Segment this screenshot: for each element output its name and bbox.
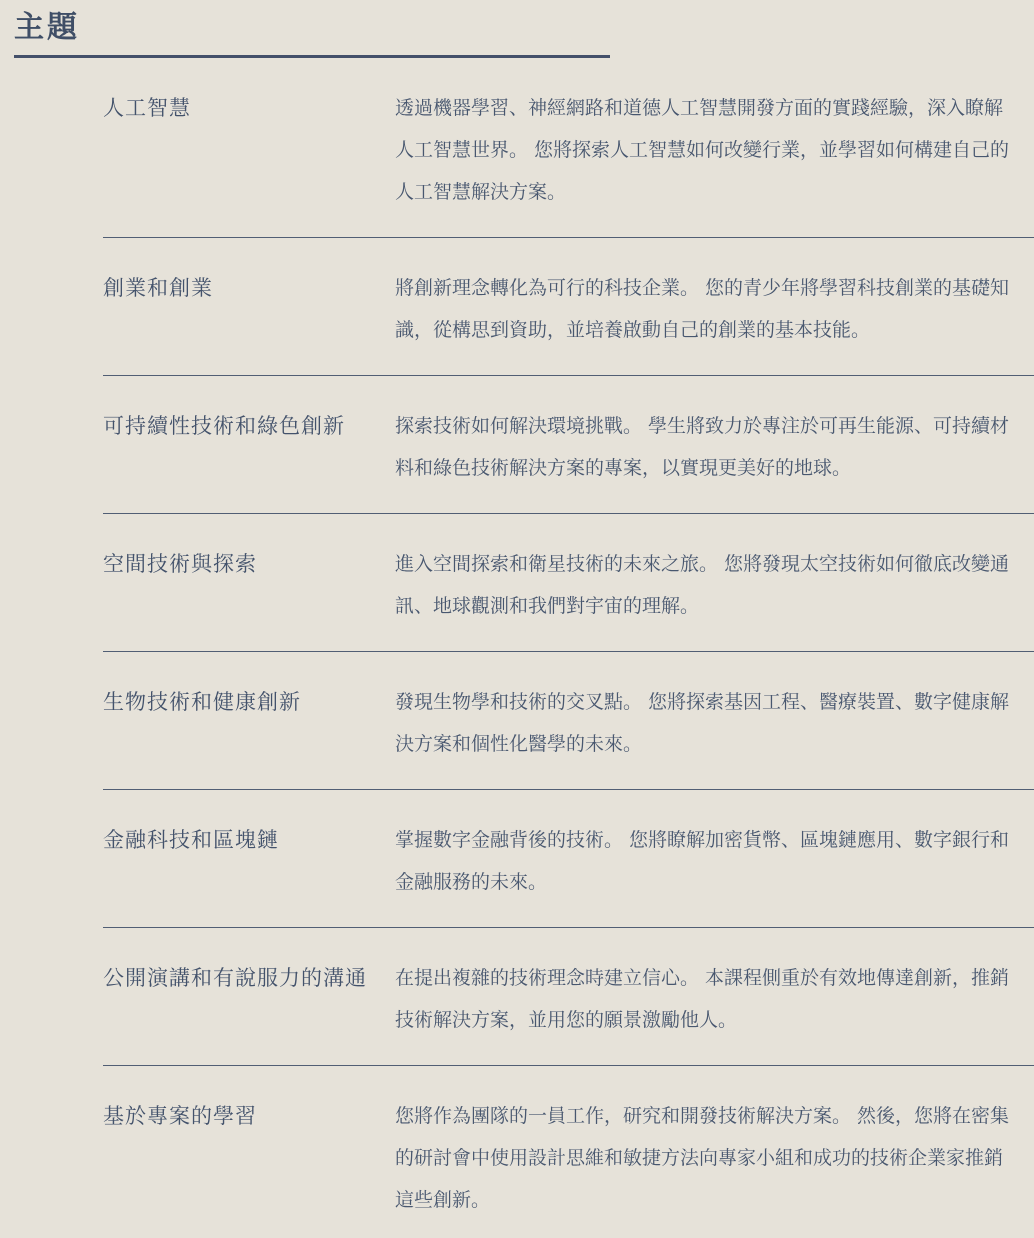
topic-row: 生物技術和健康創新 發現生物學和技術的交叉點。 您將探索基因工程、醫療裝置、數字… [103,652,1034,790]
topic-title: 可持續性技術和綠色創新 [103,405,395,489]
topic-description: 發現生物學和技術的交叉點。 您將探索基因工程、醫療裝置、數字健康解決方案和個性化… [395,681,1013,765]
topic-title: 人工智慧 [103,87,395,213]
topic-row: 金融科技和區塊鏈 掌握數字金融背後的技術。 您將瞭解加密貨幣、區塊鏈應用、數字銀… [103,790,1034,928]
topic-description: 進入空間探索和衛星技術的未來之旅。 您將發現太空技術如何徹底改變通訊、地球觀測和… [395,543,1013,627]
topic-row: 可持續性技術和綠色創新 探索技術如何解決環境挑戰。 學生將致力於專注於可再生能源… [103,376,1034,514]
topic-description: 在提出複雜的技術理念時建立信心。 本課程側重於有效地傳達創新，推銷技術解決方案，… [395,957,1013,1041]
topic-description: 將創新理念轉化為可行的科技企業。 您的青少年將學習科技創業的基礎知識，從構思到資… [395,267,1013,351]
topic-row: 創業和創業 將創新理念轉化為可行的科技企業。 您的青少年將學習科技創業的基礎知識… [103,238,1034,376]
topic-title: 金融科技和區塊鏈 [103,819,395,903]
topic-title: 創業和創業 [103,267,395,351]
topic-description: 掌握數字金融背後的技術。 您將瞭解加密貨幣、區塊鏈應用、數字銀行和金融服務的未來… [395,819,1013,903]
topic-description: 探索技術如何解決環境挑戰。 學生將致力於專注於可再生能源、可持續材料和綠色技術解… [395,405,1013,489]
topic-description: 透過機器學習、神經網路和道德人工智慧開發方面的實踐經驗，深入瞭解人工智慧世界。 … [395,87,1013,213]
topics-page: 主題 人工智慧 透過機器學習、神經網路和道德人工智慧開發方面的實踐經驗，深入瞭解… [0,0,1034,1238]
page-title: 主題 [0,0,1034,49]
topic-row: 空間技術與探索 進入空間探索和衛星技術的未來之旅。 您將發現太空技術如何徹底改變… [103,514,1034,652]
topic-row: 基於專案的學習 您將作為團隊的一員工作，研究和開發技術解決方案。 然後，您將在密… [103,1066,1034,1238]
topic-title: 基於專案的學習 [103,1095,395,1221]
topic-title: 生物技術和健康創新 [103,681,395,765]
topics-list: 人工智慧 透過機器學習、神經網路和道德人工智慧開發方面的實踐經驗，深入瞭解人工智… [103,58,1034,1238]
topic-row: 公開演講和有說服力的溝通 在提出複雜的技術理念時建立信心。 本課程側重於有效地傳… [103,928,1034,1066]
topic-description: 您將作為團隊的一員工作，研究和開發技術解決方案。 然後，您將在密集的研討會中使用… [395,1095,1013,1221]
topic-row: 人工智慧 透過機器學習、神經網路和道德人工智慧開發方面的實踐經驗，深入瞭解人工智… [103,58,1034,238]
topic-title: 空間技術與探索 [103,543,395,627]
topic-title: 公開演講和有說服力的溝通 [103,957,395,1041]
